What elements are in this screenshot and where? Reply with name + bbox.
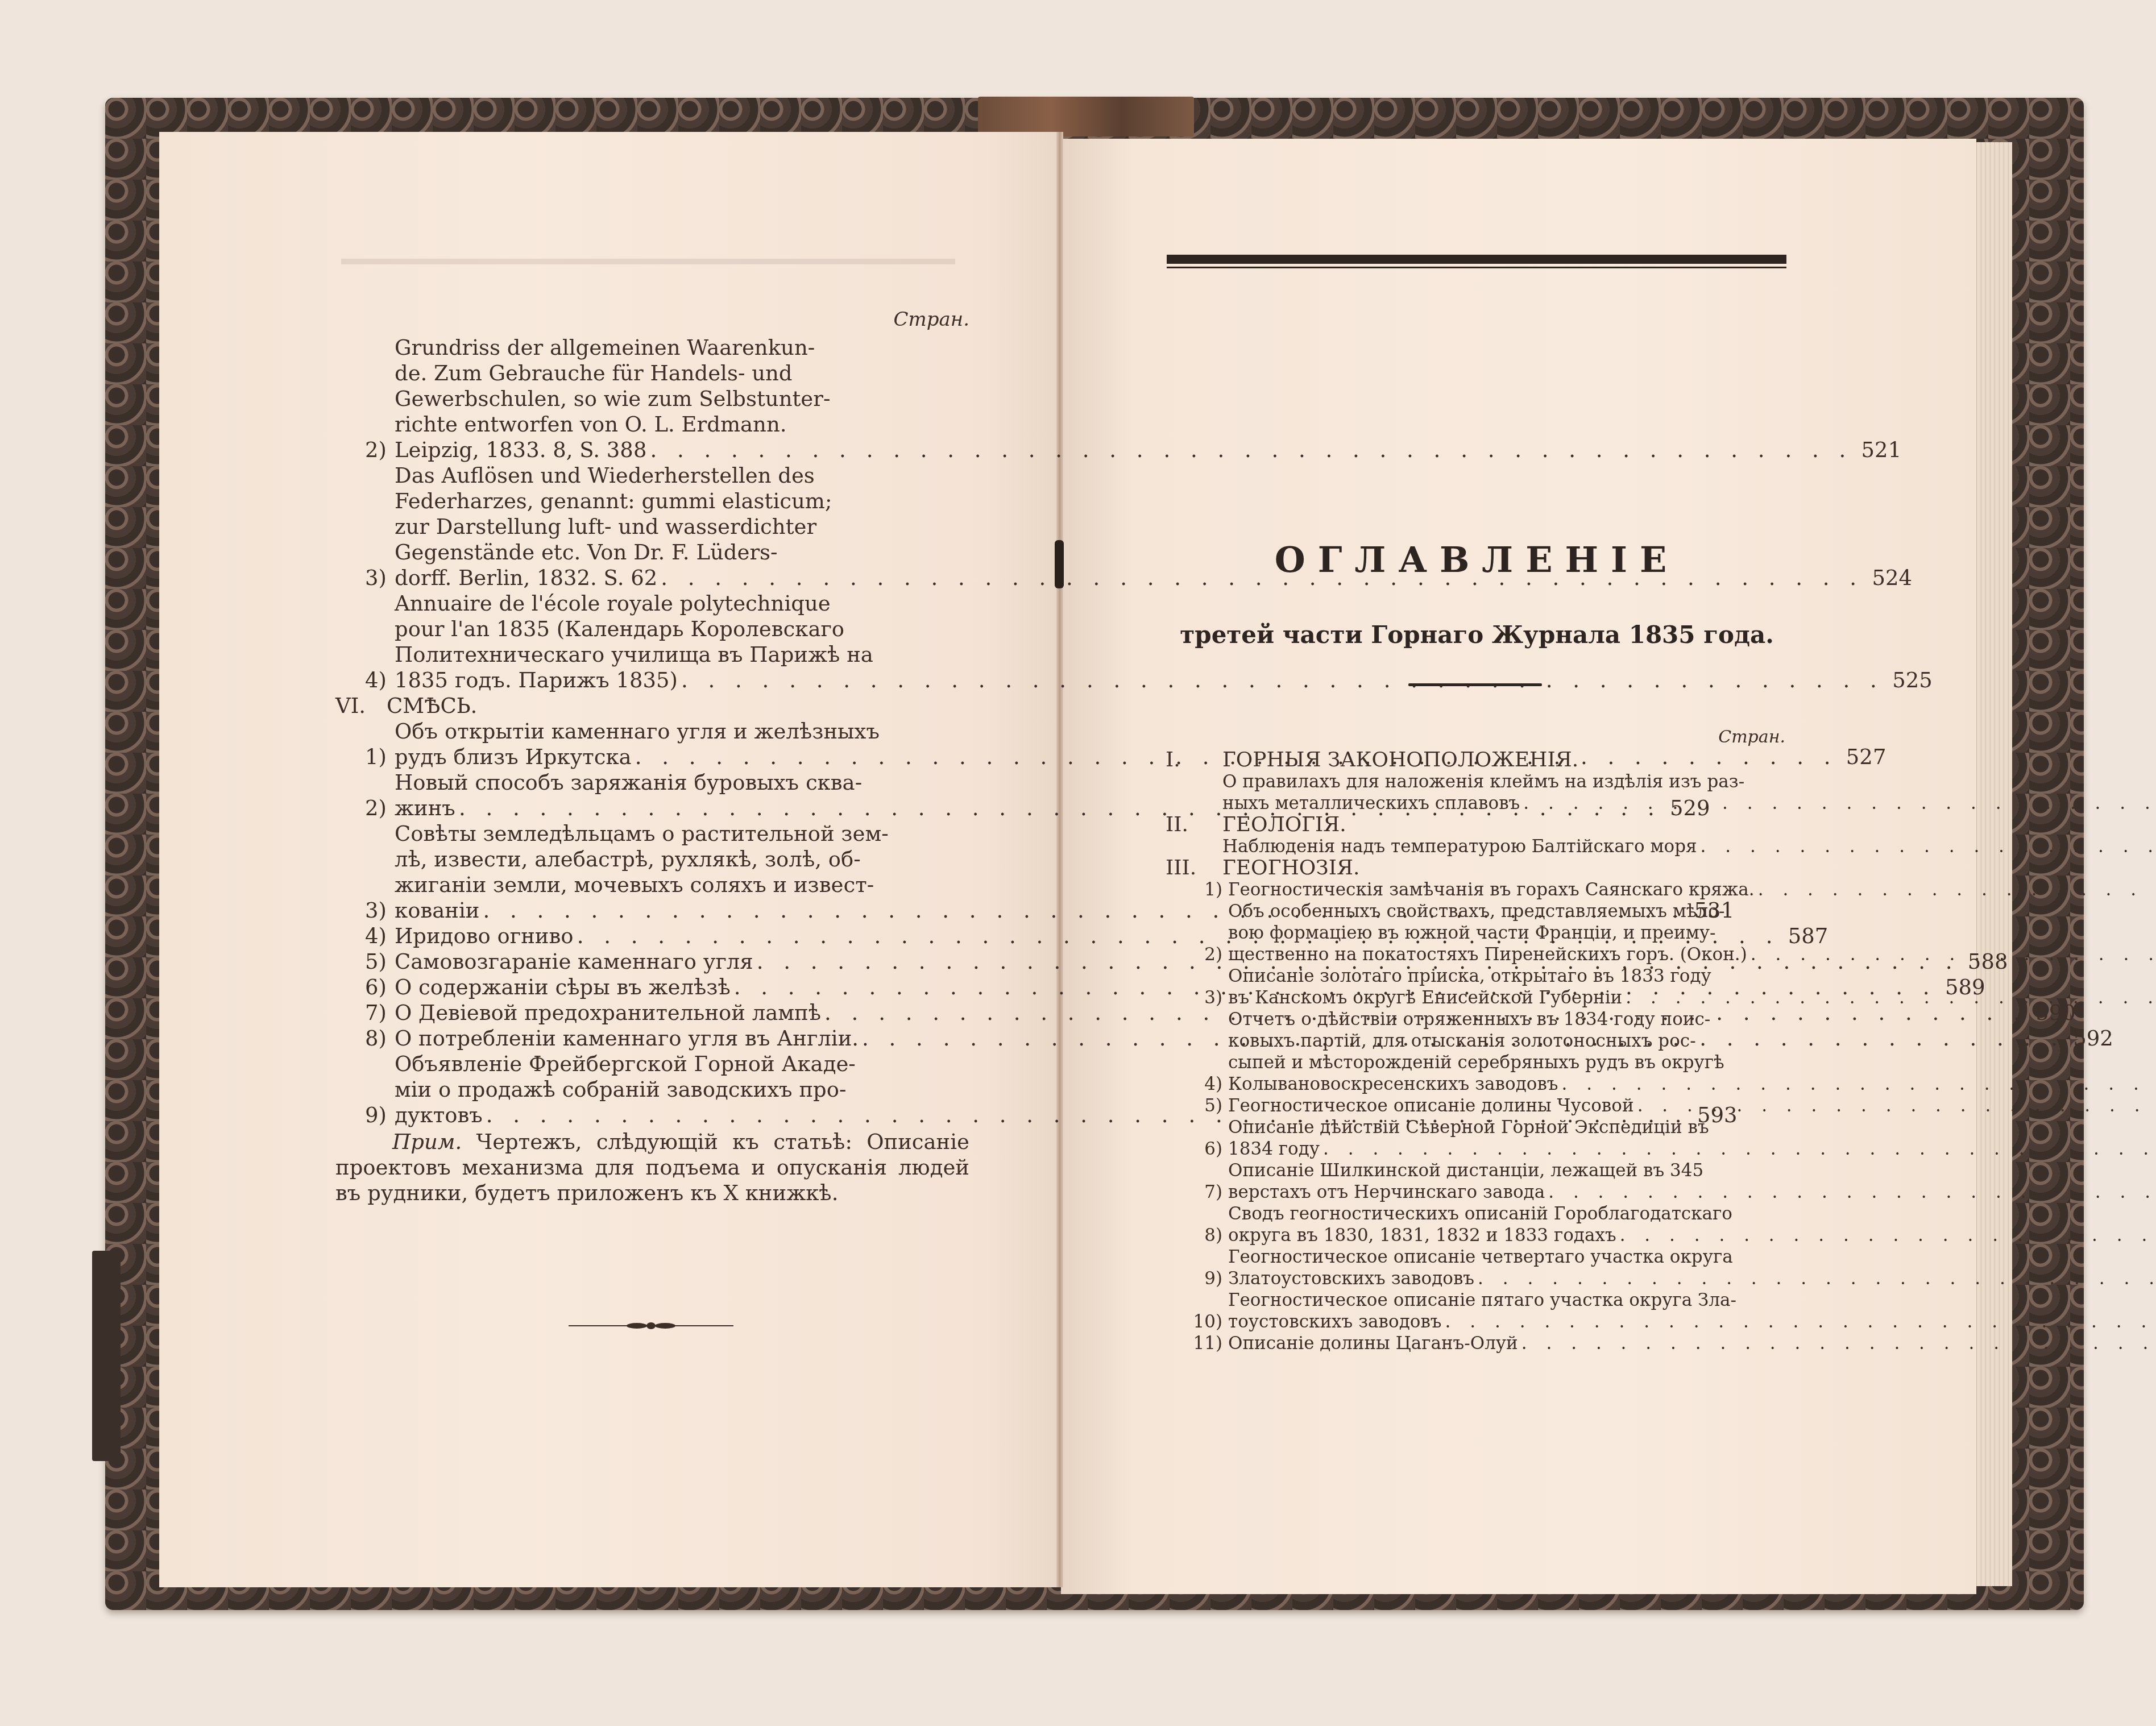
entry-number: 3) bbox=[335, 898, 395, 923]
entry-text: сыпей и мѣсторожденiй серебряныхъ рудъ в… bbox=[1228, 1052, 1724, 1073]
entry-last-line: Наблюденiя надъ температурою Балтiйскаго… bbox=[1222, 836, 2156, 857]
leader-dots bbox=[1523, 793, 2156, 814]
entry-line: Grundriss der allgemeinen Waarenkun- bbox=[395, 335, 1901, 360]
toc-entry: 7)Описанiе Шилкинской дистанцiи, лежащей… bbox=[1166, 1160, 1785, 1203]
entry-line: Описанiе Шилкинской дистанцiи, лежащей в… bbox=[1228, 1160, 2156, 1181]
toc-entry: 1)Геогностическiя замѣчанiя въ горахъ Са… bbox=[1166, 879, 1785, 901]
section-entries: О правилахъ для наложенiя клеймъ на издѣ… bbox=[1166, 771, 1785, 814]
page-column-label: Стран. bbox=[335, 307, 969, 333]
entry-text: Gegenstände etc. Von Dr. F. Lüders- bbox=[395, 540, 778, 565]
entry-text: Объ особенныхъ свойствахъ, представляемы… bbox=[1228, 901, 1724, 922]
toc-entry: 4)Annuaire de l'école royale polytechniq… bbox=[335, 591, 969, 693]
entry-last-line: Описанiе долины Цаганъ-Олуй454 bbox=[1228, 1333, 2156, 1354]
leader-dots bbox=[650, 437, 1852, 463]
entry-text: Геогностическое описанiе долины Чусовой bbox=[1228, 1095, 1634, 1117]
toc-entry: 2)Grundriss der allgemeinen Waarenkun-de… bbox=[335, 335, 969, 463]
leader-dots bbox=[1751, 944, 2156, 965]
section-title: ГОРНЫЯ ЗАКОНОПОЛОЖЕНIЯ. bbox=[1222, 749, 1578, 771]
section-numeral: III. bbox=[1166, 857, 1222, 879]
entry-number: 3) bbox=[335, 565, 395, 591]
section-entry-list: 1)Объ открытiи каменнаго угля и желѣзных… bbox=[335, 719, 969, 1128]
entry-text: О содержанiи сѣры въ желѣзѣ bbox=[395, 974, 731, 1000]
toc-section-heading: II.ГЕОЛОГIЯ. bbox=[1166, 814, 1785, 836]
entry-text: Leipzig, 1833. 8, S. 388 bbox=[395, 437, 646, 463]
entry-number: 6) bbox=[335, 974, 395, 1000]
entry-body: Сводъ геогностическихъ описанiй Гороблаг… bbox=[1228, 1203, 2156, 1246]
leader-dots bbox=[1521, 1333, 2156, 1354]
entry-number: 2) bbox=[1166, 944, 1228, 965]
entry-text: округа въ 1830, 1831, 1832 и 1833 годахъ bbox=[1228, 1225, 1616, 1246]
section-numeral: II. bbox=[1166, 814, 1222, 836]
entry-last-line: Геогностическое описанiе долины Чусовой1… bbox=[1228, 1095, 2156, 1117]
entry-last-line: Leipzig, 1833. 8, S. 388521 bbox=[395, 437, 1901, 463]
footnote-label: Прим. bbox=[392, 1130, 462, 1154]
toc-section-heading: III.ГЕОГНОЗIЯ. bbox=[1166, 857, 1785, 879]
header-thin-rule bbox=[1167, 267, 1786, 268]
show-through-rule bbox=[341, 259, 955, 264]
entry-text: верстахъ отъ Нерчинскаго завода bbox=[1228, 1181, 1545, 1203]
entry-last-line: Колывановоскресенскихъ заводовъ86 bbox=[1228, 1073, 2156, 1095]
entry-text: ковыхъ партiй, для отысканiя золотоносны… bbox=[1228, 1030, 1696, 1052]
leader-dots bbox=[1701, 836, 2156, 857]
entry-text: рудъ близъ Иркутска bbox=[395, 744, 632, 770]
page-number: 525 bbox=[1887, 667, 1933, 693]
entry-body: Наблюденiя надъ температурою Балтiйскаго… bbox=[1222, 836, 2156, 857]
entry-number: 8) bbox=[1166, 1225, 1228, 1246]
toc-entry: 10)Геогностическое описанiе пятаго участ… bbox=[1166, 1289, 1785, 1333]
entry-number: 5) bbox=[1166, 1095, 1228, 1117]
leader-dots bbox=[1548, 1181, 2156, 1203]
entry-text: 1835 годъ. Парижъ 1835) bbox=[395, 667, 678, 693]
entry-text: 1834 году bbox=[1228, 1138, 1320, 1160]
entry-text: Annuaire de l'école royale polytechnique bbox=[395, 591, 831, 616]
entry-body: Геогностическое описанiе пятаго участка … bbox=[1228, 1289, 2156, 1333]
entry-number: 10) bbox=[1166, 1311, 1228, 1333]
section-title: СМѢСЬ. bbox=[387, 693, 477, 719]
toc-entry: 2)Новый способъ заряжанiя буровыхъ сква-… bbox=[335, 770, 969, 821]
toc-entry: 6)О содержанiи сѣры въ желѣзѣ589 bbox=[335, 974, 969, 1000]
entry-line: de. Zum Gebrauche für Handels- und bbox=[395, 360, 1901, 386]
section-title: ГЕОГНОЗIЯ. bbox=[1222, 857, 1360, 879]
entry-text: Отчетъ о дѣйствiи отряженныхъ въ 1834 го… bbox=[1228, 1009, 1710, 1030]
section-heading: VI. СМѢСЬ. bbox=[335, 693, 969, 719]
entry-text: pour l'an 1835 (Календарь Королевскаго bbox=[395, 616, 844, 642]
toc-section-list: I.ГОРНЫЯ ЗАКОНОПОЛОЖЕНIЯ.О правилахъ для… bbox=[1166, 749, 1785, 1354]
entry-number: 4) bbox=[335, 923, 395, 949]
entry-body: Описанiе долины Цаганъ-Олуй454 bbox=[1228, 1333, 2156, 1354]
section-entries: Наблюденiя надъ температурою Балтiйскаго… bbox=[1166, 836, 1785, 857]
title-divider bbox=[1408, 683, 1542, 686]
entry-line: ковыхъ партiй, для отысканiя золотоносны… bbox=[1228, 1030, 2156, 1052]
entry-last-line: Златоустовскихъ заводовъ423 bbox=[1228, 1268, 2156, 1289]
entry-line: zur Darstellung luft- und wasserdichter bbox=[395, 514, 1912, 540]
entry-text: Геогностическое описанiе пятаго участка … bbox=[1228, 1289, 1736, 1311]
entry-body: Отчетъ о дѣйствiи отряженныхъ въ 1834 го… bbox=[1228, 1009, 2156, 1095]
entry-number: 2) bbox=[335, 795, 395, 821]
page-subtitle: третей части Горнаго Журнала 1835 года. bbox=[1166, 621, 1788, 649]
entry-text: Иридово огниво bbox=[395, 923, 574, 949]
entry-number: 1) bbox=[335, 744, 395, 770]
entry-text: ныхъ металлическихъ сплавовъ bbox=[1222, 793, 1520, 814]
leader-dots bbox=[1620, 1225, 2156, 1246]
entry-line: Gewerbschulen, so wie zum Selbstunter- bbox=[395, 386, 1901, 412]
entry-text: Federharzes, genannt: gummi elasticum; bbox=[395, 488, 832, 514]
entry-line: О правилахъ для наложенiя клеймъ на издѣ… bbox=[1222, 771, 2156, 793]
left-entry-list: 2)Grundriss der allgemeinen Waarenkun-de… bbox=[335, 335, 969, 693]
entry-body: О правилахъ для наложенiя клеймъ на издѣ… bbox=[1222, 771, 2156, 814]
leader-dots bbox=[1758, 879, 2156, 901]
entry-line: Annuaire de l'école royale polytechnique bbox=[395, 591, 1933, 616]
entry-text: жиганiи земли, мочевыхъ соляхъ и извест- bbox=[395, 872, 874, 898]
leader-dots bbox=[1478, 1268, 2156, 1289]
entry-text: О правилахъ для наложенiя клеймъ на издѣ… bbox=[1222, 771, 1744, 793]
entry-number: 7) bbox=[1166, 1181, 1228, 1203]
entry-body: Геогностическое описанiе долины Чусовой1… bbox=[1228, 1095, 2156, 1117]
toc-entry: 7)О Девiевой предохранительной лампѣ590 bbox=[335, 1000, 969, 1026]
page-number: 521 bbox=[1856, 437, 1901, 463]
entry-text: Наблюденiя надъ температурою Балтiйскаго… bbox=[1222, 836, 1697, 857]
entry-text: Gewerbschulen, so wie zum Selbstunter- bbox=[395, 386, 830, 412]
toc-entry: 1)Объ открытiи каменнаго угля и желѣзных… bbox=[335, 719, 969, 770]
toc-entry: 3)Описанiе золотаго прiиска, открытаго в… bbox=[1166, 965, 1785, 1009]
entry-text: дуктовъ bbox=[395, 1102, 483, 1128]
book-spine-top bbox=[978, 97, 1194, 136]
entry-text: Совѣты земледѣльцамъ о растительной зем- bbox=[395, 821, 889, 847]
leader-dots bbox=[1323, 1138, 2156, 1160]
entry-number: 5) bbox=[335, 949, 395, 974]
entry-last-line: ныхъ металлическихъ сплавовъ1 bbox=[1222, 793, 2156, 814]
entry-text: мiи о продажѣ собранiй заводскихъ про- bbox=[395, 1077, 847, 1102]
entry-last-line: Геогностическiя замѣчанiя въ горахъ Саян… bbox=[1228, 879, 2156, 901]
entry-body: Описанiе золотаго прiиска, открытаго въ … bbox=[1228, 965, 2156, 1009]
toc-entry: 9)Объявленiе Фрейбергской Горной Акаде-м… bbox=[335, 1051, 969, 1128]
entry-text: Описанiе дѣйствiй Сѣверной Горной Экспед… bbox=[1228, 1117, 1709, 1138]
toc-entry: 5)Самовозгаранiе каменнаго угля588 bbox=[335, 949, 969, 974]
leader-dots bbox=[1637, 1095, 2156, 1117]
entry-last-line: 1834 году201 bbox=[1228, 1138, 2156, 1160]
entry-number: 4) bbox=[335, 667, 395, 693]
toc-entry: 9)Геогностическое описанiе четвертаго уч… bbox=[1166, 1246, 1785, 1289]
entry-body: Описанiе дѣйствiй Сѣверной Горной Экспед… bbox=[1228, 1117, 2156, 1160]
entry-text: Геогностическое описанiе четвертаго учас… bbox=[1228, 1246, 1733, 1268]
entry-text: Описанiе долины Цаганъ-Олуй bbox=[1228, 1333, 1518, 1354]
leader-dots bbox=[1562, 1073, 2156, 1095]
section-title: ГЕОЛОГIЯ. bbox=[1222, 814, 1346, 836]
entry-body: Геогностическiя замѣчанiя въ горахъ Саян… bbox=[1228, 879, 2156, 901]
entry-text: Геогностическiя замѣчанiя въ горахъ Саян… bbox=[1228, 879, 1755, 901]
entry-line: Геогностическое описанiе четвертаго учас… bbox=[1228, 1246, 2156, 1268]
entry-body: Объ особенныхъ свойствахъ, представляемы… bbox=[1228, 901, 2156, 965]
entry-line: сыпей и мѣсторожденiй серебряныхъ рудъ в… bbox=[1228, 1052, 2156, 1073]
entry-text: dorff. Berlin, 1832. S. 62 bbox=[395, 565, 657, 591]
entry-line: Сводъ геогностическихъ описанiй Гороблаг… bbox=[1228, 1203, 2156, 1225]
toc-entry: 2)Объ особенныхъ свойствахъ, представляе… bbox=[1166, 901, 1785, 965]
entry-number: 7) bbox=[335, 1000, 395, 1026]
entry-text: Новый способъ заряжанiя буровыхъ сква- bbox=[395, 770, 862, 795]
entry-text: лѣ, извести, алебастрѣ, рухлякѣ, золѣ, о… bbox=[395, 847, 861, 872]
entry-last-line: 1835 годъ. Парижъ 1835)525 bbox=[395, 667, 1933, 693]
entry-text: жинъ bbox=[395, 795, 455, 821]
section-numeral: VI. bbox=[335, 693, 387, 719]
entry-last-line: тоустовскихъ заводовъ435 bbox=[1228, 1311, 2156, 1333]
entry-text: кованiи bbox=[395, 898, 479, 923]
entry-body: Grundriss der allgemeinen Waarenkun-de. … bbox=[395, 335, 1901, 463]
entry-body: Геогностическое описанiе четвертаго учас… bbox=[1228, 1246, 2156, 1289]
entry-line: Das Auflösen und Wiederherstellen des bbox=[395, 463, 1912, 488]
footnote: Прим. Чертежъ, слѣдующiй къ статьѣ: Опис… bbox=[335, 1129, 969, 1206]
entry-number: 4) bbox=[1166, 1073, 1228, 1095]
cover-tab bbox=[92, 1251, 121, 1461]
entry-text: Das Auflösen und Wiederherstellen des bbox=[395, 463, 815, 488]
entry-number: 2) bbox=[335, 437, 395, 463]
entry-line: вою формацiею въ южной части Францiи, и … bbox=[1228, 922, 2156, 944]
entry-line: Объ особенныхъ свойствахъ, представляемы… bbox=[1228, 901, 2156, 922]
entry-text: тоустовскихъ заводовъ bbox=[1228, 1311, 1442, 1333]
entry-number: 11) bbox=[1166, 1333, 1228, 1354]
toc-entry: 3)Das Auflösen und Wiederherstellen desF… bbox=[335, 463, 969, 591]
toc-entry: Наблюденiя надъ температурою Балтiйскаго… bbox=[1200, 836, 1785, 857]
entry-last-line: въ Канскомъ округѣ Енисейской Губернiи78 bbox=[1228, 987, 2156, 1009]
entry-text: Колывановоскресенскихъ заводовъ bbox=[1228, 1073, 1558, 1095]
entry-text: О Девiевой предохранительной лампѣ bbox=[395, 1000, 821, 1026]
entry-text: Объ открытiи каменнаго угля и желѣзныхъ bbox=[395, 719, 880, 744]
entry-text: Grundriss der allgemeinen Waarenkun- bbox=[395, 335, 815, 360]
entry-line: Описанiе золотаго прiиска, открытаго въ … bbox=[1228, 965, 2156, 987]
entry-line: Federharzes, genannt: gummi elasticum; bbox=[395, 488, 1912, 514]
entry-line: Описанiе дѣйствiй Сѣверной Горной Экспед… bbox=[1228, 1117, 2156, 1138]
leader-dots bbox=[681, 667, 1884, 693]
toc-entry: 3)Совѣты земледѣльцамъ о растительной зе… bbox=[335, 821, 969, 923]
entry-text: Объявленiе Фрейбергской Горной Акаде- bbox=[395, 1051, 856, 1077]
entry-text: щественно на покатостяхъ Пиренейскихъ го… bbox=[1228, 944, 1747, 965]
page-number: 527 bbox=[1840, 744, 1886, 770]
page-title: ОГЛАВЛЕНIЕ bbox=[1166, 539, 1788, 580]
toc-entry: 8)О потребленiи каменнаго угля въ Англiи… bbox=[335, 1026, 969, 1051]
toc-section-heading: I.ГОРНЫЯ ЗАКОНОПОЛОЖЕНIЯ. bbox=[1166, 749, 1785, 771]
entry-text: zur Darstellung luft- und wasserdichter bbox=[395, 514, 816, 540]
entry-last-line: щественно на покатостяхъ Пиренейскихъ го… bbox=[1228, 944, 2156, 965]
page-column-label: Стран. bbox=[1166, 727, 1785, 748]
entry-text: Сводъ геогностическихъ описанiй Гороблаг… bbox=[1228, 1203, 1732, 1225]
entry-text: Политехническаго училища въ Парижѣ на bbox=[395, 642, 873, 667]
entry-number: 6) bbox=[1166, 1138, 1228, 1160]
entry-body: Описанiе Шилкинской дистанцiи, лежащей в… bbox=[1228, 1160, 2156, 1203]
ornament-divider-icon bbox=[569, 1322, 733, 1330]
page-number: 524 bbox=[1867, 565, 1912, 591]
leader-dots bbox=[1445, 1311, 2156, 1333]
entry-text: въ Канскомъ округѣ Енисейской Губернiи bbox=[1228, 987, 1622, 1009]
page-edges bbox=[1976, 142, 2012, 1586]
entry-text: Златоустовскихъ заводовъ bbox=[1228, 1268, 1474, 1289]
entry-number: 8) bbox=[335, 1026, 395, 1051]
header-thick-rule bbox=[1167, 255, 1786, 264]
entry-text: О потребленiи каменнаго угля въ Англiи. bbox=[395, 1026, 859, 1051]
entry-last-line: округа въ 1830, 1831, 1832 и 1833 годахъ… bbox=[1228, 1225, 2156, 1246]
entry-text: Описанiе Шилкинской дистанцiи, лежащей в… bbox=[1228, 1160, 1703, 1181]
entry-line: Отчетъ о дѣйствiи отряженныхъ въ 1834 го… bbox=[1228, 1009, 2156, 1030]
entry-text: Самовозгаранiе каменнаго угля bbox=[395, 949, 753, 974]
toc-entry: 6)Описанiе дѣйствiй Сѣверной Горной Эксп… bbox=[1166, 1117, 1785, 1160]
section-numeral: I. bbox=[1166, 749, 1222, 771]
toc-entry: О правилахъ для наложенiя клеймъ на издѣ… bbox=[1200, 771, 1785, 814]
leader-dots bbox=[1626, 987, 2156, 1009]
section-entries: 1)Геогностическiя замѣчанiя въ горахъ Са… bbox=[1166, 879, 1785, 1354]
entry-text: Описанiе золотаго прiиска, открытаго въ … bbox=[1228, 965, 1711, 987]
entry-number: 9) bbox=[335, 1102, 395, 1128]
entry-text: вою формацiею въ южной части Францiи, и … bbox=[1228, 922, 1716, 944]
entry-last-line: верстахъ отъ Нерчинскаго завода236 bbox=[1228, 1181, 2156, 1203]
left-page-text: Стран. 2)Grundriss der allgemeinen Waare… bbox=[335, 307, 969, 1206]
entry-line: richte entworfen von O. L. Erdmann. bbox=[395, 412, 1901, 437]
entry-number: 3) bbox=[1166, 987, 1228, 1009]
entry-number: 1) bbox=[1166, 879, 1228, 901]
toc-entry: 5)Геогностическое описанiе долины Чусово… bbox=[1166, 1095, 1785, 1117]
toc-entry: 8)Сводъ геогностическихъ описанiй Горобл… bbox=[1166, 1203, 1785, 1246]
entry-text: richte entworfen von O. L. Erdmann. bbox=[395, 412, 787, 437]
toc-entry: 11)Описанiе долины Цаганъ-Олуй454 bbox=[1166, 1333, 1785, 1354]
toc-entry: 4)Иридово огниво587 bbox=[335, 923, 969, 949]
right-page-text: Стран. I.ГОРНЫЯ ЗАКОНОПОЛОЖЕНIЯ.О правил… bbox=[1166, 727, 1785, 1354]
entry-number: 9) bbox=[1166, 1268, 1228, 1289]
toc-entry: 4)Отчетъ о дѣйствiи отряженныхъ въ 1834 … bbox=[1166, 1009, 1785, 1095]
entry-text: de. Zum Gebrauche für Handels- und bbox=[395, 360, 793, 386]
entry-line: Геогностическое описанiе пятаго участка … bbox=[1228, 1289, 2156, 1311]
